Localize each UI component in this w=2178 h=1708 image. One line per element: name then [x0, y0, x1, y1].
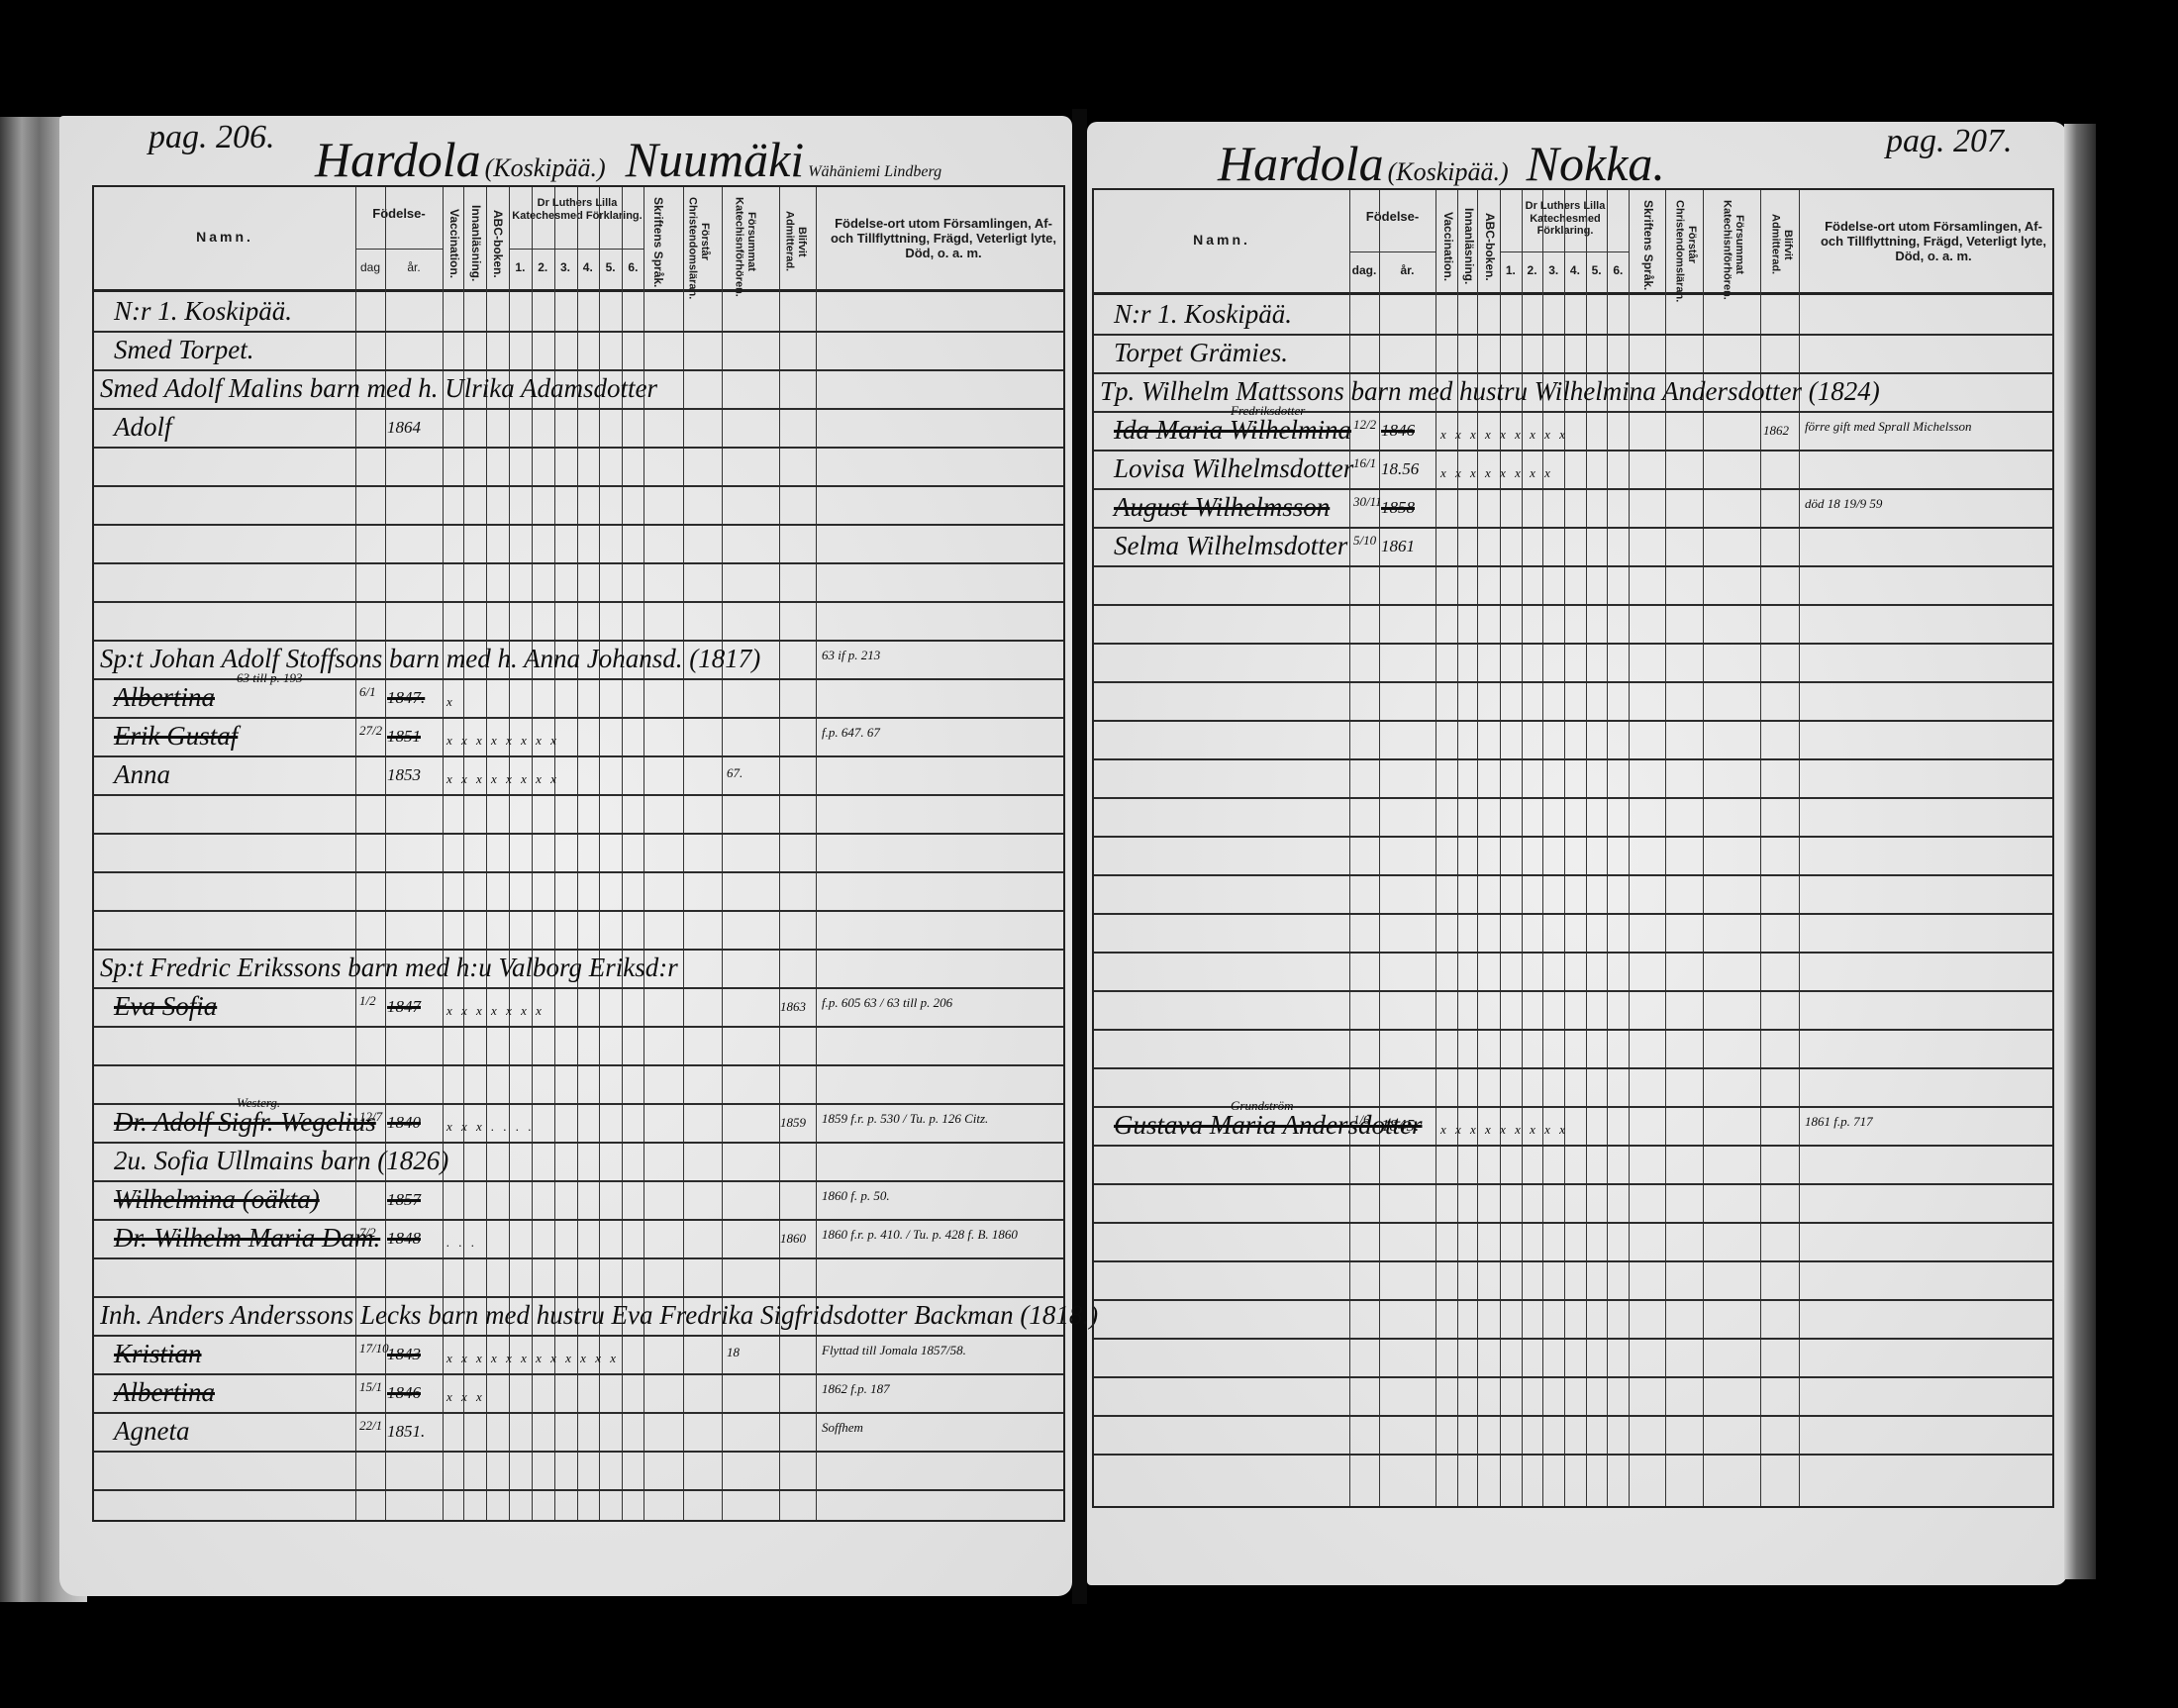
entry-admitted-year: 1863	[780, 999, 806, 1015]
entry-name: Smed Adolf Malins barn med h. Ulrika Ada…	[100, 373, 657, 404]
row-rule	[1094, 1260, 2052, 1262]
page-number-right: pag. 207.	[1886, 123, 2013, 160]
header-cat-6: 6.	[622, 261, 644, 275]
entry-birth-year: 1846	[1381, 421, 1415, 441]
row-rule	[1094, 797, 2052, 799]
header-skrift: Skriftens Språk.	[1640, 200, 1654, 289]
header-innanlasning: Innanläsning.	[1461, 204, 1475, 289]
book-edge	[2064, 124, 2096, 1579]
title-village: Hardola	[1218, 136, 1384, 191]
header-name: Namn.	[94, 229, 355, 245]
entry-name: Lovisa Wilhelmsdotter	[1114, 453, 1353, 484]
entry-birth-year: 1847	[387, 997, 421, 1017]
entry-remarks: Soffhem	[822, 1420, 863, 1436]
table-row: Ida Maria WilhelminaFredriksdotter12/218…	[1094, 411, 2052, 450]
entry-name: Kristian	[114, 1339, 202, 1369]
row-rule	[1094, 565, 2052, 567]
header-catechism: Dr Luthers Lilla Katechesmed Förklaring.	[1501, 200, 1630, 238]
header-blifvit: Blifvit Admitterad.	[784, 197, 808, 286]
entry-birth-year: 1864	[387, 418, 421, 438]
entry-birth-year: 1861	[1381, 537, 1415, 556]
table-row: Albertina15/11846x x x1862 f.p. 187	[94, 1373, 1063, 1412]
row-rule	[1094, 1376, 2052, 1378]
row-rule	[1094, 1454, 2052, 1456]
row-rule	[94, 1451, 1063, 1453]
header-forstar: Förstår Christendomsläran.	[1674, 200, 1698, 289]
entry-note: Fredriksdotter	[1231, 403, 1305, 419]
header-remarks: Födelse-ort utom Församlingen, Af- och T…	[1817, 220, 2050, 264]
row-rule	[94, 562, 1063, 564]
entry-progress-marks: . . .	[446, 1235, 477, 1251]
entry-progress-marks: x x x x x x x x	[1440, 465, 1553, 481]
entry-birth-year: 1857	[387, 1190, 421, 1210]
table-row: Selma Wilhelmsdotter5/101861	[1094, 527, 2052, 565]
entry-progress-marks: x x x x x x x x	[446, 771, 559, 787]
header-cat-2: 2.	[532, 261, 554, 275]
entry-forsummat: 18	[727, 1345, 740, 1360]
title-farm: Nuumäki	[626, 132, 805, 187]
row-rule	[1094, 1029, 2052, 1031]
entry-progress-marks: x x x x x x x	[446, 1003, 544, 1019]
entry-birth-day: 1/2	[359, 993, 376, 1009]
row-rule	[1094, 1145, 2052, 1147]
row-rule	[1094, 952, 2052, 954]
entry-birth-day: 5/10	[1353, 533, 1376, 549]
entry-progress-marks: x x x x x x x x x x x x	[446, 1351, 619, 1366]
title-village: Hardola	[315, 132, 481, 187]
entry-birth-day: 7/2	[359, 1225, 376, 1241]
entry-name: Erik Gustaf	[114, 721, 238, 752]
header-remarks: Födelse-ort utom Församlingen, Af- och T…	[827, 217, 1060, 261]
entry-forsummat: 67.	[727, 765, 742, 781]
entry-name: Smed Torpet.	[114, 335, 254, 365]
page-number-left: pag. 206.	[148, 119, 275, 156]
entry-progress-marks: x	[446, 694, 455, 710]
entry-birth-year: 1853	[387, 765, 421, 785]
entry-birth-year: 1851.	[387, 1422, 425, 1442]
header-abc: ABC-boken.	[490, 201, 504, 286]
header-birth: Födelse-	[355, 207, 443, 222]
header-cat-5: 5.	[599, 261, 622, 275]
entry-birth-day: 16/1	[1353, 455, 1376, 471]
entry-name: Inh. Anders Anderssons Lecks barn med hu…	[100, 1300, 1098, 1331]
row-rule	[94, 1026, 1063, 1028]
entry-remarks: 1859 f.r. p. 530 / Tu. p. 126 Citz.	[822, 1111, 988, 1127]
entry-admitted-year: 1862	[1763, 423, 1789, 439]
entry-note: Grundström	[1231, 1098, 1294, 1114]
table-row: Adolf1864	[94, 408, 1063, 447]
entry-remarks: 1861 f.p. 717	[1805, 1114, 1873, 1130]
row-rule	[1094, 643, 2052, 645]
row-rule	[1094, 1067, 2052, 1069]
entry-birth-year: 18.56	[1381, 459, 1419, 479]
entry-name: Albertina	[114, 1377, 215, 1408]
entry-birth-day: 22/1	[359, 1418, 382, 1434]
table-row: Wilhelmina (oäkta)18571860 f. p. 50.	[94, 1180, 1063, 1219]
entry-remarks: 1860 f.r. p. 410. / Tu. p. 428 f. B. 186…	[822, 1227, 1018, 1243]
entry-progress-marks: x x x x x x x x x	[1440, 1122, 1568, 1138]
header-day: dag.	[1349, 264, 1379, 278]
page-title-right: Hardola (Koskipää.) Nokka.	[1218, 135, 1665, 192]
row-rule	[1094, 758, 2052, 760]
row-rule	[94, 1489, 1063, 1491]
table-row: August Wilhelmsson30/111858död 18 19/9 5…	[1094, 488, 2052, 527]
entry-remarks: 1862 f.p. 187	[822, 1381, 890, 1397]
entry-remarks: 63 if p. 213	[822, 648, 880, 663]
entry-name: August Wilhelmsson	[1114, 492, 1330, 523]
table-header: Namn. Födelse- dag. år. Vaccination. Inn…	[1094, 190, 2052, 295]
header-vaccination: Vaccination.	[1440, 204, 1454, 289]
entry-admitted-year: 1860	[780, 1231, 806, 1247]
row-rule	[94, 601, 1063, 603]
table-row: Lovisa Wilhelmsdotter16/118.56x x x x x …	[1094, 450, 2052, 488]
entry-name: Wilhelmina (oäkta)	[114, 1184, 320, 1215]
table-row: Erik Gustaf27/21851x x x x x x x xf.p. 6…	[94, 717, 1063, 755]
entry-birth-year: 1840	[387, 1113, 421, 1133]
entry-birth-year: 1858	[1381, 498, 1415, 518]
title-parish-part: (Koskipää.)	[485, 153, 606, 182]
row-rule	[1094, 1415, 2052, 1417]
entry-name: Torpet Grämies.	[1114, 338, 1288, 368]
register-table-right: Namn. Födelse- dag. år. Vaccination. Inn…	[1092, 188, 2054, 1508]
entry-name: Dr. Adolf Sigfr. Wegelius	[114, 1107, 376, 1138]
row-rule	[94, 485, 1063, 487]
entry-note: 63 till p. 193	[237, 670, 302, 686]
row-rule	[94, 524, 1063, 526]
table-row: Smed Torpet.	[94, 331, 1063, 369]
table-row: Inh. Anders Anderssons Lecks barn med hu…	[94, 1296, 1063, 1335]
title-note: Wähäniemi Lindberg	[808, 163, 941, 180]
entry-name: Anna	[114, 759, 170, 790]
entry-birth-year: 1847.	[387, 688, 425, 708]
entry-birth-year: 1845.	[1381, 1116, 1419, 1136]
header-abc: ABC-boken.	[1482, 204, 1496, 289]
book-gutter	[1072, 109, 1087, 1604]
entry-progress-marks: x x x x x x x x x	[1440, 427, 1568, 443]
row-rule	[1094, 1299, 2052, 1301]
header-cat-1: 1.	[509, 261, 532, 275]
row-rule	[1094, 836, 2052, 838]
table-row: Albertina63 till p. 1936/11847.x	[94, 678, 1063, 717]
header-name: Namn.	[1094, 232, 1349, 248]
entry-birth-day: 6/1	[359, 684, 376, 700]
entry-remarks: förre gift med Sprall Michelsson	[1805, 419, 1972, 435]
row-rule	[1094, 1338, 2052, 1340]
header-cat-2: 2.	[1522, 264, 1543, 278]
entry-name: Adolf	[114, 412, 172, 443]
header-cat-3: 3.	[554, 261, 577, 275]
header-birth: Födelse-	[1349, 210, 1435, 225]
header-forsummat: Försummat Katechisnförhören.	[728, 197, 757, 286]
table-header: Namn. Födelse- dag år. Vaccination. Inna…	[94, 187, 1063, 292]
entry-birth-year: 1846	[387, 1383, 421, 1403]
entry-remarks: f.p. 605 63 / 63 till p. 206	[822, 995, 952, 1011]
title-farm: Nokka.	[1527, 136, 1665, 191]
header-year: år.	[1379, 264, 1435, 278]
row-rule	[1094, 1183, 2052, 1185]
table-row: Sp:t Fredric Erikssons barn med h:u Valb…	[94, 949, 1063, 987]
entry-birth-day: 12/7	[359, 1109, 382, 1125]
page-title-left: Hardola (Koskipää.) Nuumäki Wähäniemi Li…	[315, 131, 941, 188]
header-cat-5: 5.	[1586, 264, 1608, 278]
row-rule	[1094, 604, 2052, 606]
header-vaccination: Vaccination.	[446, 201, 460, 286]
header-cat-6: 6.	[1608, 264, 1630, 278]
header-forstar: Förstår Christendomsläran.	[687, 197, 711, 286]
entry-name: Sp:t Johan Adolf Stoffsons barn med h. A…	[100, 644, 760, 674]
entry-remarks: död 18 19/9 59	[1805, 496, 1882, 512]
entry-birth-day: 1/6	[1353, 1112, 1370, 1128]
row-rule	[1094, 720, 2052, 722]
table-row: Eva Sofia1/21847x x x x x x x1863f.p. 60…	[94, 987, 1063, 1026]
entry-birth-day: 17/10	[359, 1341, 389, 1356]
entry-progress-marks: x x x . . . .	[446, 1119, 535, 1135]
table-row: 2u. Sofia Ullmains barn (1826)	[94, 1142, 1063, 1180]
entry-birth-day: 15/1	[359, 1379, 382, 1395]
entry-birth-day: 27/2	[359, 723, 382, 739]
entry-remarks: 1860 f. p. 50.	[822, 1188, 890, 1204]
header-innanlasning: Innanläsning.	[468, 201, 482, 286]
entry-name: Eva Sofia	[114, 991, 217, 1022]
header-year: år.	[385, 261, 443, 275]
table-row: Kristian17/101843x x x x x x x x x x x x…	[94, 1335, 1063, 1373]
row-rule	[94, 871, 1063, 873]
table-row: Dr. Wilhelm Maria Dam.7/21848. . .186018…	[94, 1219, 1063, 1257]
entry-birth-year: 1851	[387, 727, 421, 747]
title-parish-part: (Koskipää.)	[1388, 157, 1509, 186]
header-cat-3: 3.	[1542, 264, 1564, 278]
header-forsummat: Försummat Katechisnförhören.	[1716, 200, 1745, 289]
entry-remarks: Flyttad till Jomala 1857/58.	[822, 1343, 966, 1358]
header-cat-4: 4.	[576, 261, 599, 275]
header-skrift: Skriftens Språk.	[650, 197, 664, 286]
table-row: Torpet Grämies.	[1094, 334, 2052, 372]
entry-remarks: f.p. 647. 67	[822, 725, 880, 741]
entry-name: 2u. Sofia Ullmains barn (1826)	[114, 1146, 448, 1176]
table-row: Anna1853x x x x x x x x67.	[94, 755, 1063, 794]
row-rule	[1094, 913, 2052, 915]
entry-name: Selma Wilhelmsdotter	[1114, 531, 1347, 561]
entry-birth-year: 1848	[387, 1229, 421, 1249]
entry-birth-day: 30/11	[1353, 494, 1382, 510]
entry-progress-marks: x x x	[446, 1389, 485, 1405]
entry-name: Ida Maria Wilhelmina	[1114, 415, 1351, 446]
row-rule	[1094, 990, 2052, 992]
table-row: Smed Adolf Malins barn med h. Ulrika Ada…	[94, 369, 1063, 408]
entry-name: Albertina	[114, 682, 215, 713]
row-rule	[94, 1064, 1063, 1066]
header-cat-1: 1.	[1500, 264, 1522, 278]
row-rule	[1094, 874, 2052, 876]
entry-birth-year: 1843	[387, 1345, 421, 1364]
entry-admitted-year: 1859	[780, 1115, 806, 1131]
entry-name: Sp:t Fredric Erikssons barn med h:u Valb…	[100, 953, 678, 983]
header-cat-4: 4.	[1564, 264, 1586, 278]
entry-name: N:r 1. Koskipää.	[1114, 299, 1292, 330]
row-rule	[94, 833, 1063, 835]
row-rule	[94, 447, 1063, 449]
table-row: Dr. Adolf Sigfr. WegeliusWesterg.12/7184…	[94, 1103, 1063, 1142]
entry-name: Dr. Wilhelm Maria Dam.	[114, 1223, 380, 1254]
header-blifvit: Blifvit Admitterad.	[1770, 200, 1794, 289]
entry-name: N:r 1. Koskipää.	[114, 296, 292, 327]
table-row: N:r 1. Koskipää.	[94, 292, 1063, 331]
table-row: Agneta22/11851.Soffhem	[94, 1412, 1063, 1451]
entry-name: Gustava Maria Andersdotter	[1114, 1110, 1423, 1141]
row-rule	[94, 1257, 1063, 1259]
table-row: Gustava Maria AndersdotterGrundström1/61…	[1094, 1106, 2052, 1145]
row-rule	[1094, 1222, 2052, 1224]
entry-note: Westerg.	[237, 1095, 280, 1111]
entry-name: Tp. Wilhelm Mattssons barn med hustru Wi…	[1100, 376, 1880, 407]
row-rule	[94, 910, 1063, 912]
row-rule	[1094, 681, 2052, 683]
entry-progress-marks: x x x x x x x x	[446, 733, 559, 749]
entry-birth-day: 12/2	[1353, 417, 1376, 433]
header-day: dag	[355, 261, 385, 275]
register-table-left: Namn. Födelse- dag år. Vaccination. Inna…	[92, 185, 1065, 1522]
entry-name: Agneta	[114, 1416, 189, 1447]
table-row: N:r 1. Koskipää.	[1094, 295, 2052, 334]
row-rule	[94, 794, 1063, 796]
